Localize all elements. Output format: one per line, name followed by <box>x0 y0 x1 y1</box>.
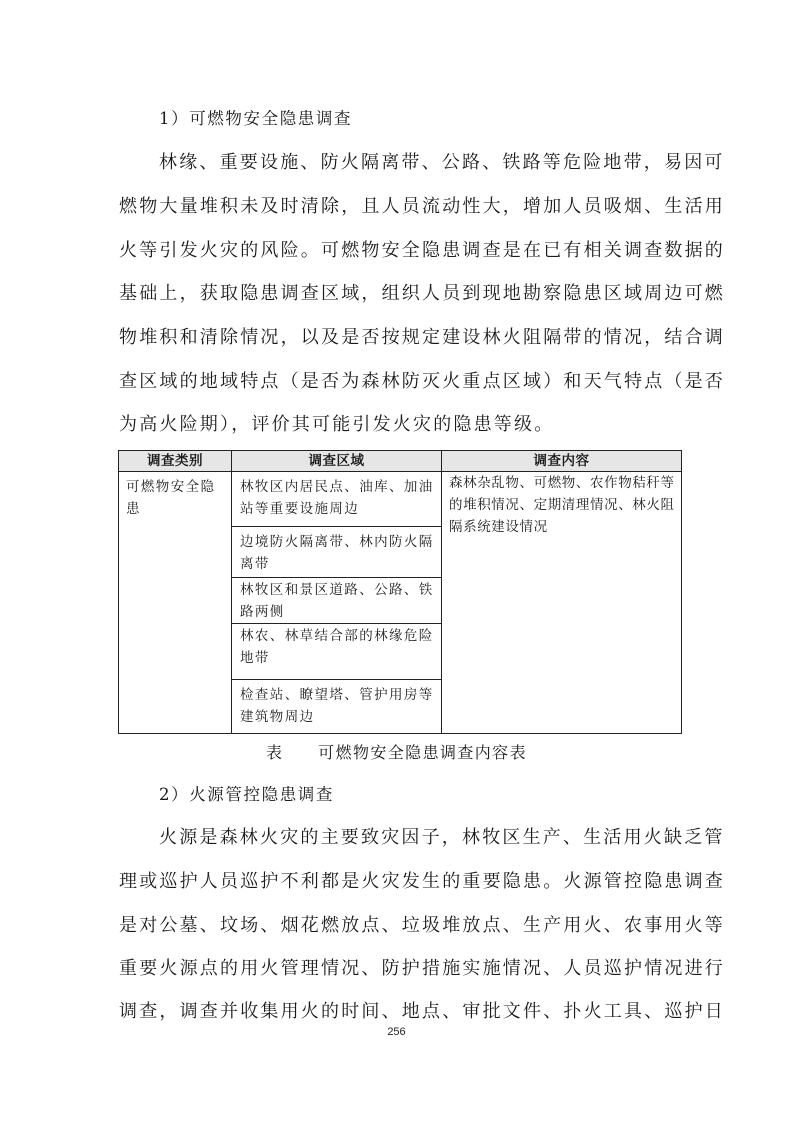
table-row: 可燃物安全隐患 林牧区内居民点、油库、加油站等重要设施周边 森林杂乱物、可燃物、… <box>119 472 682 527</box>
section-2-heading: 2）火源管控隐患调查 <box>159 784 334 806</box>
category-cell: 可燃物安全隐患 <box>119 472 232 734</box>
paragraph-line: 查区域的地域特点（是否为森林防灭火重点区域）和天气特点（是否 <box>119 371 725 393</box>
paragraph-line: 火源是森林火灾的主要致灾因子，林牧区生产、生活用火缺乏管 <box>159 827 725 849</box>
page-number: 256 <box>0 1026 793 1038</box>
area-cell: 林牧区和景区道路、公路、铁路两侧 <box>232 578 442 624</box>
area-text: 林牧区和景区道路、公路、铁路两侧 <box>232 578 441 623</box>
table-caption: 表 可燃物安全隐患调查内容表 <box>0 742 793 764</box>
survey-content-table: 调查类别 调查区域 调查内容 可燃物安全隐患 林牧区内居民点、油库、加油站等重要… <box>118 450 682 734</box>
paragraph-line: 林缘、重要设施、防火隔离带、公路、铁路等危险地带，易因可 <box>159 152 725 174</box>
area-cell: 林农、林草结合部的林缘危险地带 <box>232 624 442 680</box>
section-1-heading: 1）可燃物安全隐患调查 <box>159 108 352 130</box>
paragraph-line: 调查，调查并收集用火的时间、地点、审批文件、扑火工具、巡护日 <box>119 1001 725 1023</box>
header-area: 调查区域 <box>232 451 442 472</box>
area-text: 林牧区内居民点、油库、加油站等重要设施周边 <box>232 472 441 520</box>
paragraph-line: 火等引发火灾的风险。可燃物安全隐患调查是在已有相关调查数据的 <box>119 240 725 262</box>
area-cell: 林牧区内居民点、油库、加油站等重要设施周边 <box>232 472 442 527</box>
area-text: 边境防火隔离带、林内防火隔离带 <box>232 527 441 575</box>
table-header-row: 调查类别 调查区域 调查内容 <box>119 451 682 472</box>
content-text: 森林杂乱物、可燃物、农作物秸秆等的堆积情况、定期清理情况、林火阻隔系统建设情况 <box>442 472 681 538</box>
paragraph-line: 基础上，获取隐患调查区域，组织人员到现地勘察隐患区域周边可燃 <box>119 283 725 305</box>
paragraph-line: 理或巡护人员巡护不利都是火灾发生的重要隐患。火源管控隐患调查 <box>119 871 725 893</box>
category-text: 可燃物安全隐患 <box>119 472 231 520</box>
area-cell: 检查站、瞭望塔、管护用房等建筑物周边 <box>232 680 442 734</box>
paragraph-line: 物堆积和清除情况，以及是否按规定建设林火阻隔带的情况，结合调 <box>119 327 725 349</box>
paragraph-line: 为高火险期），评价其可能引发火灾的隐患等级。 <box>119 414 554 436</box>
area-text: 林农、林草结合部的林缘危险地带 <box>232 624 441 669</box>
area-cell: 边境防火隔离带、林内防火隔离带 <box>232 527 442 578</box>
content-cell: 森林杂乱物、可燃物、农作物秸秆等的堆积情况、定期清理情况、林火阻隔系统建设情况 <box>442 472 682 734</box>
paragraph-line: 燃物大量堆积未及时清除，且人员流动性大，增加人员吸烟、生活用 <box>119 196 725 218</box>
header-content: 调查内容 <box>442 451 682 472</box>
paragraph-line: 重要火源点的用火管理情况、防护措施实施情况、人员巡护情况进行 <box>119 958 725 980</box>
paragraph-line: 是对公墓、坟场、烟花燃放点、垃圾堆放点、生产用火、农事用火等 <box>119 915 725 937</box>
area-text: 检查站、瞭望塔、管护用房等建筑物周边 <box>232 680 441 728</box>
header-category: 调查类别 <box>119 451 232 472</box>
